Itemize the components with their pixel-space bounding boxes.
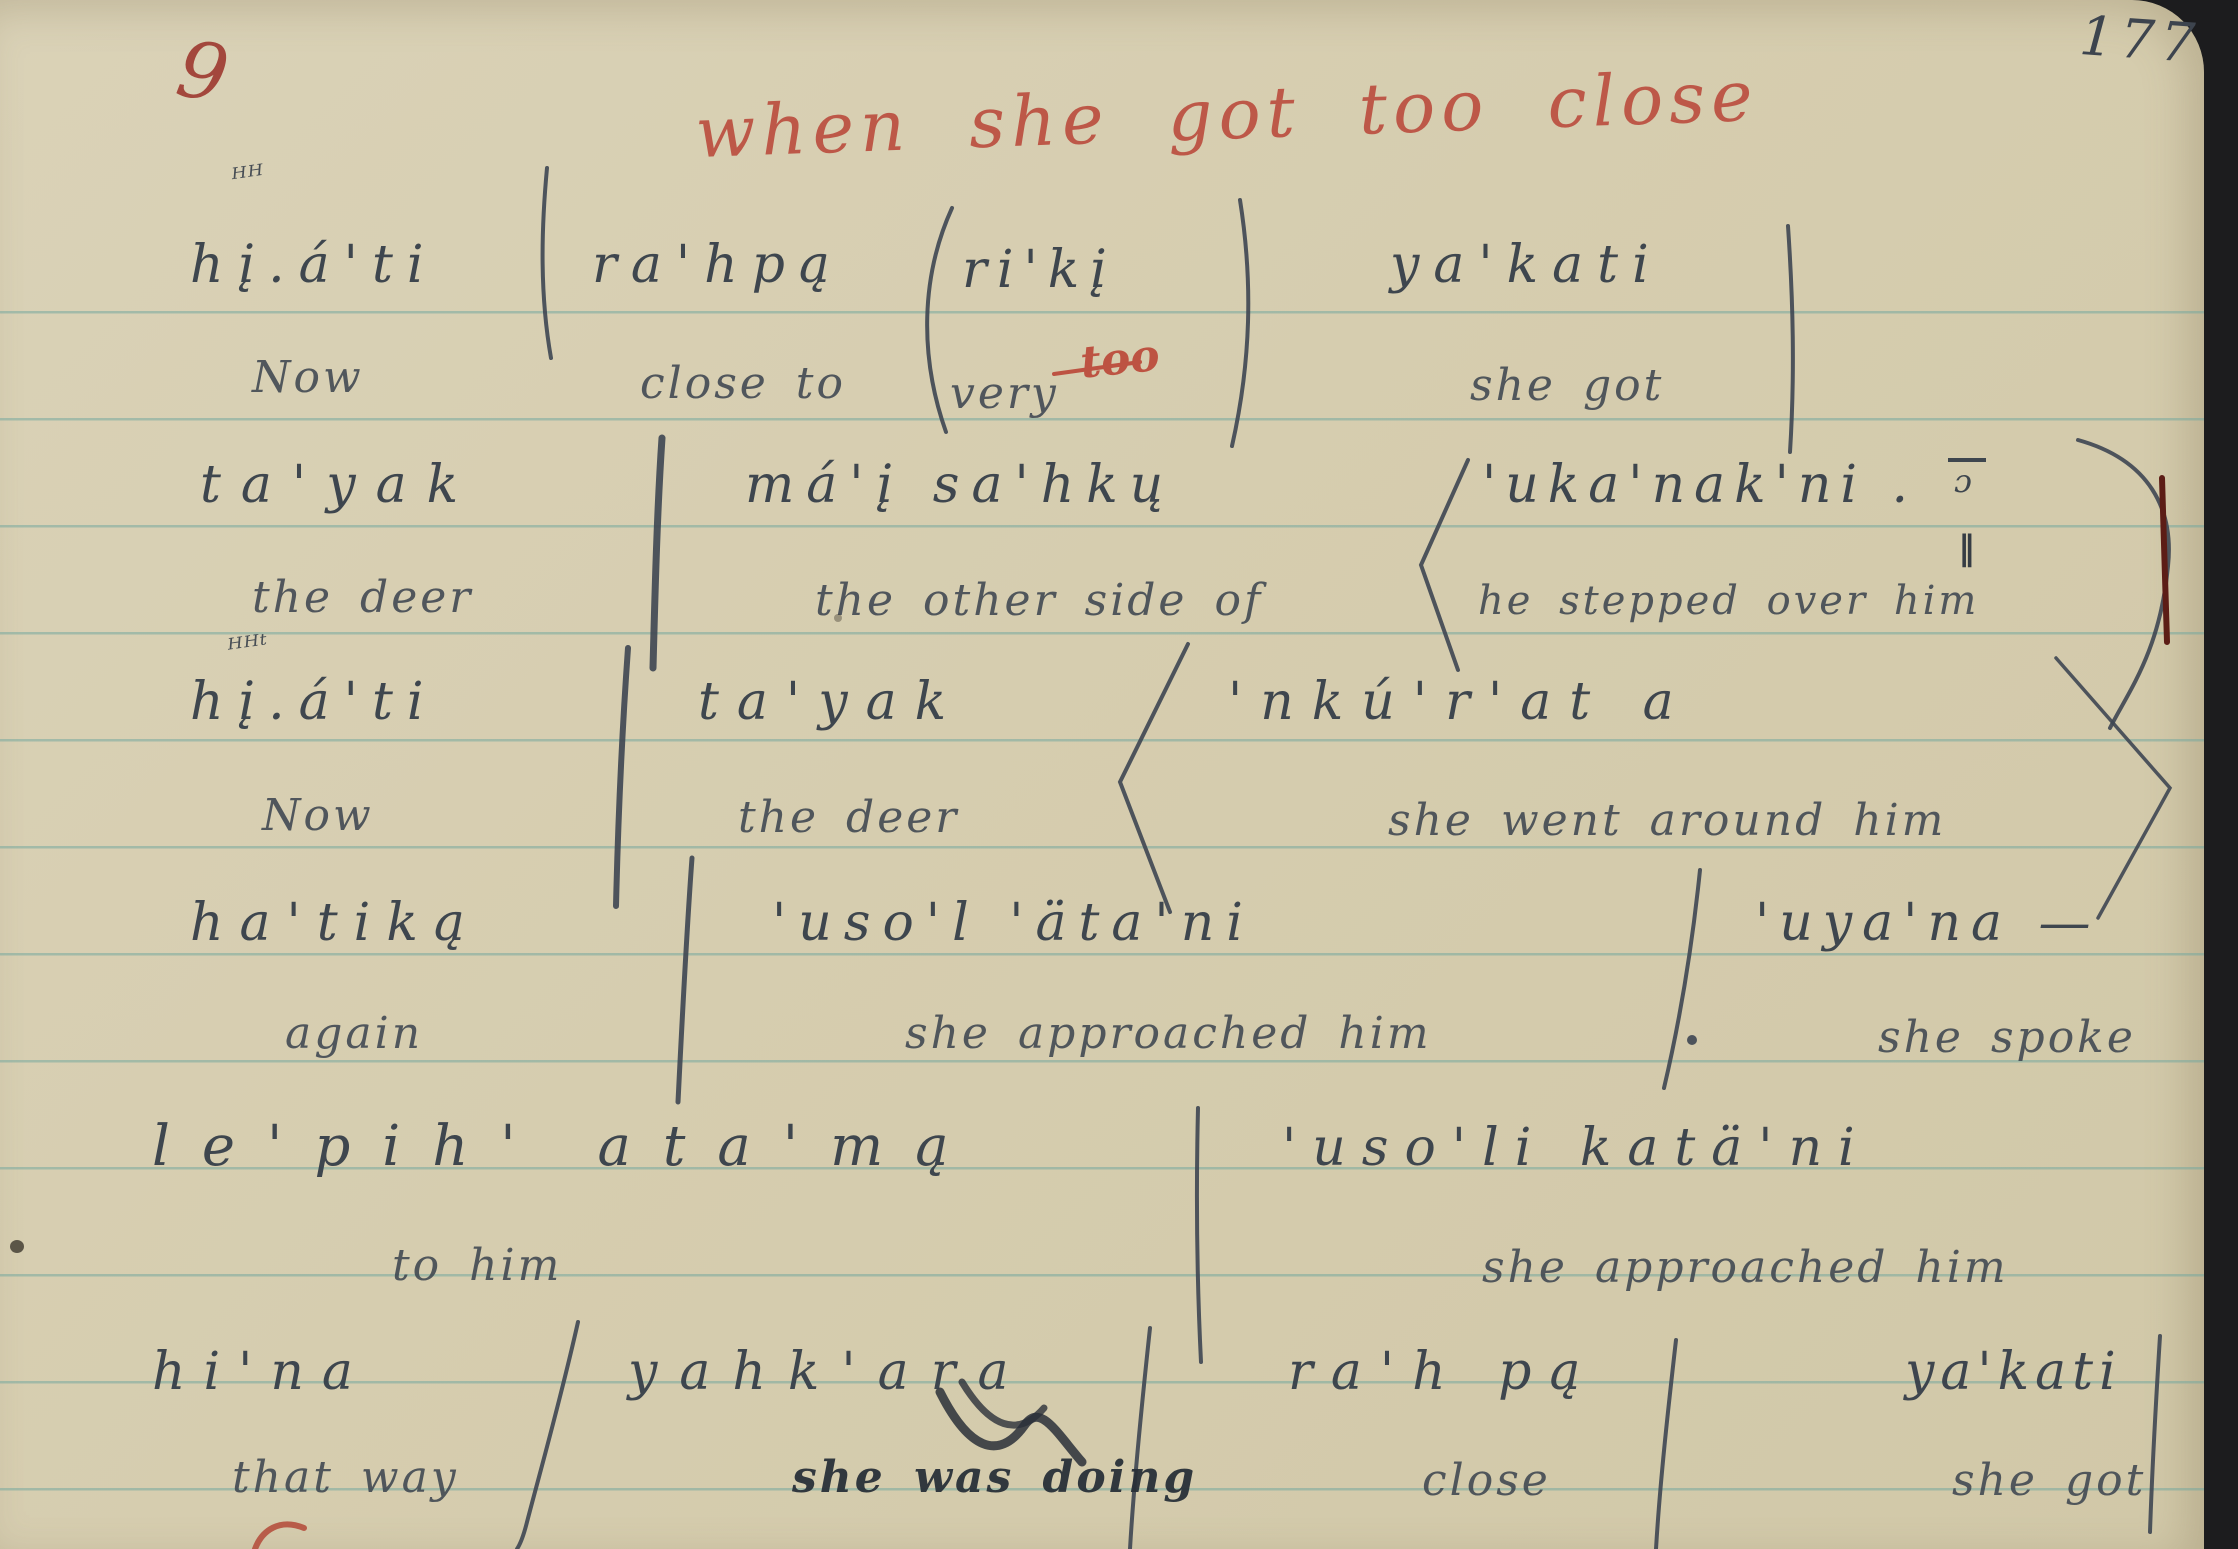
native-word: hį.á'ti: [190, 235, 437, 295]
gloss-word: he stepped over him: [1478, 578, 1979, 624]
native-word: 'uso'l 'äta'ni: [772, 893, 1255, 953]
tally-mark: ᴴᴴ: [230, 158, 267, 195]
notebook-page: 9 177 when she got too close ᴴᴴ ᴴᴴᵗ too …: [0, 0, 2204, 1549]
paper-speck: [834, 614, 842, 622]
gloss-word: to him: [392, 1240, 562, 1291]
gloss-word: close to: [640, 358, 846, 409]
native-word: ta'yak: [698, 672, 964, 732]
red-heading: when she got too close: [694, 55, 1760, 174]
divider-bar: [678, 858, 692, 1102]
gloss-word: very: [950, 368, 1059, 419]
divider-bar: [616, 648, 628, 906]
native-word: ha'tiką: [190, 893, 481, 953]
handwriting-strokes: [0, 0, 2238, 1549]
paper-smudge: [10, 1240, 24, 1253]
gloss-word: she got: [1952, 1455, 2146, 1506]
divider-bar: [1197, 1108, 1201, 1362]
divider-bar: [653, 438, 662, 668]
schwa-insert-mark: ɔ: [1948, 458, 1986, 500]
native-word: yahk'ara: [628, 1342, 1031, 1402]
gloss-word: she approached him: [905, 1008, 1432, 1059]
gloss-word: she was doing: [792, 1452, 1197, 1503]
divider-bar: [2150, 1336, 2160, 1532]
close-angle-bracket: [2056, 658, 2170, 918]
divider-bar: [517, 1322, 578, 1549]
gloss-word: Now: [252, 352, 364, 403]
native-word: ya'kati: [1905, 1342, 2122, 1402]
native-word: ta'yak: [200, 455, 478, 515]
gloss-word: Now: [262, 790, 374, 841]
native-word: le'pih' ata'mą: [152, 1114, 981, 1179]
red-corner-mark: 9: [170, 24, 235, 121]
close-curve-bracket: [2078, 440, 2169, 728]
native-word: ra'hpą: [592, 235, 844, 295]
gloss-word: the other side of: [815, 575, 1263, 626]
native-word: ya'kati: [1390, 235, 1663, 295]
period-dot: [1687, 1035, 1697, 1045]
native-word: 'nkú'r'at a: [1228, 672, 1692, 732]
native-word: 'uso'li katä'ni: [1282, 1118, 1871, 1178]
native-word: má'į sa'hkų: [745, 455, 1175, 515]
native-word: 'uya'na —: [1755, 893, 2100, 953]
native-word: 'uka'nak'ni .: [1482, 455, 1917, 515]
open-paren: [927, 208, 952, 432]
divider-bar: [1656, 1340, 1676, 1549]
divider-bar: [1788, 226, 1793, 452]
gloss-word: again: [285, 1008, 423, 1059]
page-number: 177: [2078, 4, 2203, 75]
gloss-word: she went around him: [1388, 795, 1946, 846]
divider-bar: [1664, 870, 1700, 1088]
gloss-word: she got: [1470, 360, 1664, 411]
gloss-word: the deer: [252, 572, 473, 623]
open-angle-bracket: [1421, 460, 1468, 670]
red-too-insert: too: [1078, 330, 1162, 389]
red-margin-stroke: [2162, 478, 2167, 642]
gloss-word: the deer: [738, 792, 959, 843]
scanned-notebook-scan: 9 177 when she got too close ᴴᴴ ᴴᴴᵗ too …: [0, 0, 2238, 1549]
gloss-word: close: [1422, 1455, 1551, 1506]
gloss-word: she approached him: [1482, 1242, 2009, 1293]
native-word: hi'na: [152, 1342, 371, 1402]
gloss-word: that way: [232, 1452, 459, 1503]
gloss-word: she spoke: [1878, 1012, 2136, 1063]
native-word: ri'kį: [962, 240, 1116, 300]
open-angle-bracket: [1120, 644, 1188, 912]
native-word: ra'h pą: [1288, 1342, 1598, 1402]
tally-mark: ᴴᴴᵗ: [226, 627, 271, 665]
divider-bar: [543, 168, 551, 358]
close-paren: [1232, 200, 1248, 446]
red-bottom-mark: [255, 1524, 304, 1549]
native-word: hį.á'ti: [190, 672, 437, 732]
divider-bar: [1130, 1328, 1150, 1549]
double-bar-mark: ‖: [1958, 528, 1977, 568]
